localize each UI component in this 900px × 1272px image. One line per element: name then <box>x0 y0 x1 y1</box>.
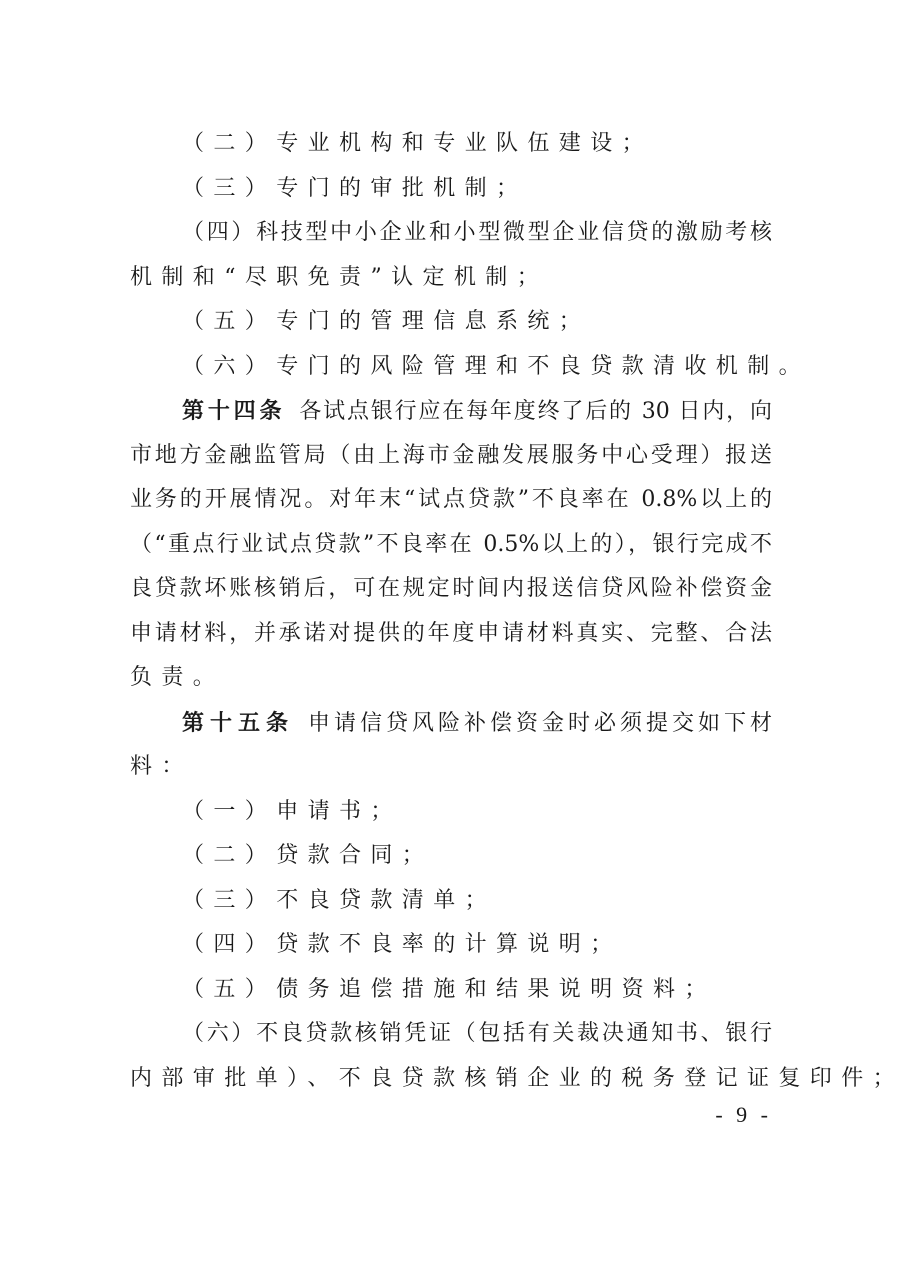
list-item: （三）不良贷款清单； <box>130 879 772 924</box>
list-item-line: （四）科技型中小企业和小型微型企业信贷的激励考核 <box>130 211 772 256</box>
article-text: 申请信贷风险补偿资金时必须提交如下材 <box>308 711 772 736</box>
article-14-label: 第十四条 <box>182 398 285 424</box>
list-item: （五）债务追偿措施和结果说明资料； <box>130 968 772 1013</box>
list-item: （四）贷款不良率的计算说明； <box>130 923 772 968</box>
list-item: （六）专门的风险管理和不良贷款清收机制。 <box>130 345 772 390</box>
list-item: （五）专门的管理信息系统； <box>130 300 772 345</box>
list-item-line: （六）不良贷款核销凭证（包括有关裁决通知书、银行 <box>130 1012 772 1057</box>
article-15-line: 料： <box>130 745 772 790</box>
article-14-line: （“重点行业试点贷款”不良率在 0.5%以上的），银行完成不 <box>130 523 772 568</box>
article-14-line: 良贷款坏账核销后，可在规定时间内报送信贷风险补偿资金 <box>130 567 772 612</box>
list-item: （二）专业机构和专业队伍建设； <box>130 122 772 167</box>
article-14-line: 申请材料，并承诺对提供的年度申请材料真实、完整、合法 <box>130 612 772 657</box>
document-page-body: （二）专业机构和专业队伍建设； （三）专门的审批机制； （四）科技型中小企业和小… <box>130 122 772 1101</box>
article-14-line: 第十四条各试点银行应在每年度终了后的 30 日内，向 <box>130 389 772 434</box>
article-15-label: 第十五条 <box>182 710 294 736</box>
list-item-line: 内部审批单）、不良贷款核销企业的税务登记证复印件； <box>130 1057 772 1102</box>
list-item-line: 机制和“尽职免责”认定机制； <box>130 256 772 301</box>
list-item: （二）贷款合同； <box>130 834 772 879</box>
list-item: （三）专门的审批机制； <box>130 167 772 212</box>
article-14-line: 业务的开展情况。对年末“试点贷款”不良率在 0.8%以上的 <box>130 478 772 523</box>
list-item: （一）申请书； <box>130 790 772 835</box>
article-14-line: 负责。 <box>130 656 772 701</box>
article-15-line: 第十五条申请信贷风险补偿资金时必须提交如下材 <box>130 701 772 746</box>
article-14-line: 市地方金融监管局（由上海市金融发展服务中心受理）报送 <box>130 434 772 479</box>
article-text: 各试点银行应在每年度终了后的 30 日内，向 <box>299 399 772 424</box>
page-number: - 9 - <box>715 1102 772 1128</box>
